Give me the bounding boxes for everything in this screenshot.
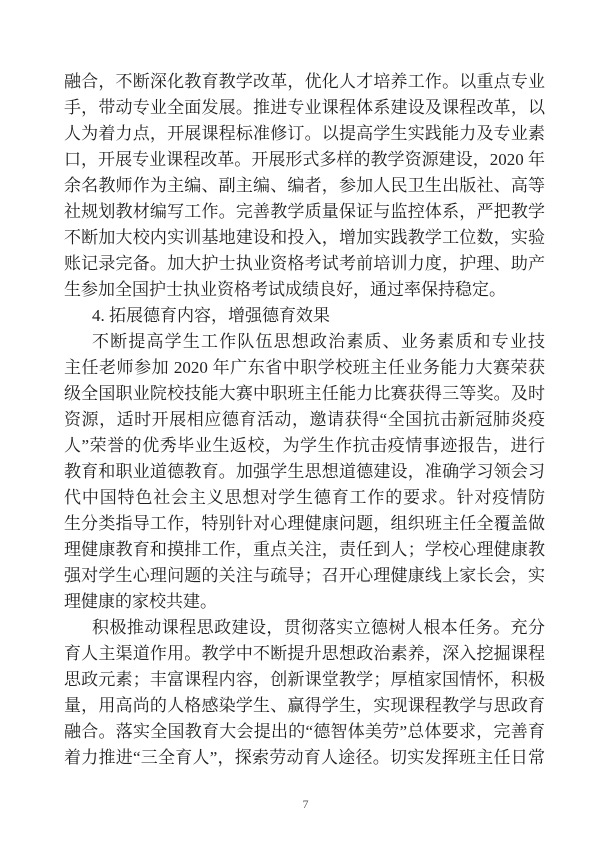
text-line: 育人主渠道作用。教学中不断提升思想政治素养，深入挖掘课程中蕴含的 [64,641,545,667]
paragraph: 融合，不断深化教育教学改革，优化人才培养工作。以重点专业建设为抓手，带动专业全面… [64,69,545,303]
text-line: 4. 拓展德育内容，增强德育效果 [64,303,545,329]
text-line: 主任老师参加 2020 年广东省中职学校班主任业务能力大赛荣获一等奖，晋 [64,355,545,381]
text-line: 不断提高学生工作队伍思想政治素质、业务素质和专业技能。一名班 [64,329,545,355]
page-body: 融合，不断深化教育教学改革，优化人才培养工作。以重点专业建设为抓手，带动专业全面… [64,69,545,771]
text-line: 级全国职业院校技能大赛中职班主任能力比赛获得三等奖。及时引入德育 [64,381,545,407]
section-heading: 4. 拓展德育内容，增强德育效果 [64,303,545,329]
text-line: 生分类指导工作，特别针对心理健康问题，组织班主任全覆盖做好学生心 [64,511,545,537]
document-page: 融合，不断深化教育教学改革，优化人才培养工作。以重点专业建设为抓手，带动专业全面… [0,0,611,861]
text-line: 融合，不断深化教育教学改革，优化人才培养工作。以重点专业建设为抓 [64,69,545,95]
paragraph: 积极推动课程思政建设，贯彻落实立德树人根本任务。充分发挥课堂育人主渠道作用。教学… [64,615,545,771]
text-line: 强对学生心理问题的关注与疏导；召开心理健康线上家长会，实现学生心 [64,563,545,589]
text-line: 积极推动课程思政建设，贯彻落实立德树人根本任务。充分发挥课堂 [64,615,545,641]
text-line: 不断加大校内实训基地建设和投入，增加实践教学工位数，实验实训室台 [64,225,545,251]
text-line: 思政元素；丰富课程内容，创新课堂教学；厚植家国情怀，积极传递正能 [64,667,545,693]
text-line: 着力推进“三全育人”，探索劳动育人途径。切实发挥班主任日常管理作用， [64,745,545,771]
text-line: 理健康教育和摸排工作，重点关注，责任到人；学校心理健康教育中心加 [64,537,545,563]
text-line: 融合。落实全国教育大会提出的“德智体美劳”总体要求，完善育人体系， [64,719,545,745]
page-number: 7 [0,796,611,812]
text-line: 余名教师作为主编、副主编、编者，参加人民卫生出版社、高等教育出版 [64,173,545,199]
paragraph: 不断提高学生工作队伍思想政治素质、业务素质和专业技能。一名班主任老师参加 202… [64,329,545,615]
text-line: 资源，适时开展相应德育活动，邀请获得“全国抗击新冠肺炎疫情先进个 [64,407,545,433]
text-line: 生参加全国护士执业资格考试成绩良好，通过率保持稳定。 [64,277,545,303]
text-line: 账记录完备。加大护士执业资格考试考前培训力度，护理、助产专业毕业 [64,251,545,277]
text-line: 教育和职业道德教育。加强学生思想道德建设，准确学习领会习近平新时 [64,459,545,485]
text-line: 社规划教材编写工作。完善教学质量保证与监控体系，严把教学质量关。 [64,199,545,225]
text-line: 理健康的家校共建。 [64,589,545,615]
text-line: 人”荣誉的优秀毕业生返校，为学生作抗击疫情事迹报告，进行爱国主义 [64,433,545,459]
text-line: 手，带动专业全面发展。推进专业课程体系建设及课程改革，以课程负责 [64,95,545,121]
text-line: 口，开展专业课程改革。开展形式多样的教学资源建设，2020 年共有 20 [64,147,545,173]
text-line: 人为着力点，开展课程标准修订。以提高学生实践能力及专业素质为突破 [64,121,545,147]
text-line: 代中国特色社会主义思想对学生德育工作的要求。针对疫情防控，做好学 [64,485,545,511]
text-line: 量，用高尚的人格感染学生、赢得学生，实现课程教学与思政育人的深度 [64,693,545,719]
